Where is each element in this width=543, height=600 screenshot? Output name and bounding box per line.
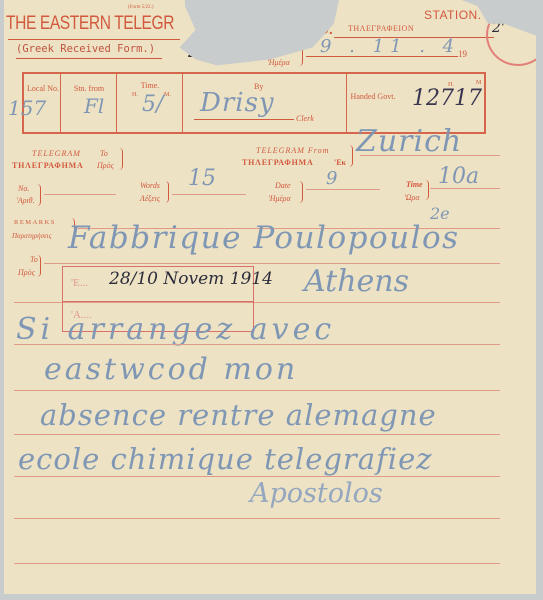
subtitle-underline bbox=[16, 58, 162, 59]
greek-station-title: ΤΗΛΕΓΡΑΦΕΙΟΝ bbox=[348, 24, 414, 33]
serial-number: 218 bbox=[187, 43, 214, 61]
clerk-value: Drisy bbox=[200, 88, 275, 118]
remarks-label-greek: Παρατηρήσεις bbox=[12, 232, 52, 240]
handed-time-value: 12717 bbox=[412, 86, 482, 111]
time-value-meta: 10a bbox=[438, 164, 479, 189]
time-h-label: H. bbox=[132, 92, 138, 98]
year-prefix: 19 bbox=[458, 49, 467, 59]
to-label-greek: Πρὸς bbox=[18, 268, 35, 277]
message-line-1: Si arrangez avec bbox=[16, 312, 335, 347]
telegram-to-pros: Πρὸς bbox=[97, 161, 114, 170]
message-line-3: absence rentre alemagne bbox=[40, 398, 437, 432]
company-title: THE EASTERN TELEGR bbox=[6, 13, 174, 35]
time-label-meta-greek: 'Ωρα bbox=[404, 193, 420, 202]
telegram-to-greek: ΤΗΛΕΓΡΑΦΗΜΑ bbox=[12, 161, 84, 170]
clerk-label: Clerk bbox=[296, 114, 314, 123]
telegram-from-ek: 'Εκ bbox=[334, 158, 346, 167]
stamp-mark: 2' bbox=[492, 20, 505, 36]
words-label: Words bbox=[140, 181, 160, 190]
recipient-city: Athens bbox=[304, 264, 409, 299]
date-label-greek: 'Ημέρα bbox=[267, 58, 290, 67]
remarks-label: REMARKS bbox=[14, 219, 56, 226]
time-m-label: M. bbox=[164, 92, 171, 98]
date-label-meta: Date bbox=[275, 181, 291, 190]
form-subtitle: (Greek Received Form.) bbox=[16, 43, 155, 55]
date-label-meta-greek: 'Ημέρα bbox=[268, 194, 291, 203]
words-value: 15 bbox=[188, 166, 216, 191]
recipient-name: Fabbrique Poulopoulos bbox=[68, 220, 460, 256]
time-label: Time. bbox=[120, 81, 180, 90]
handed-govt-label: Handed Govt. bbox=[350, 92, 396, 102]
telegram-from-label: TELEGRAM From bbox=[256, 146, 329, 155]
telegram-from-value: Zurich bbox=[356, 124, 462, 159]
words-label-greek: Λέξεις bbox=[140, 194, 160, 203]
date-label: Date bbox=[272, 47, 288, 56]
message-line-2: eastwcod mon bbox=[44, 352, 298, 387]
message-line-4: ecole chimique telegrafiez bbox=[18, 442, 433, 476]
delivery-stamp-label-top: 'Ε... bbox=[71, 277, 88, 289]
telegram-to-word: To bbox=[100, 149, 108, 158]
stn-from-label: Stn. from bbox=[64, 84, 114, 93]
form-reference: (Form 5/22.) bbox=[128, 5, 154, 10]
telegram-form: (Form 5/22.) THE EASTERN TELEGR O. ΤΗΛΕΓ… bbox=[4, 0, 536, 594]
date-value: 9 . 11 . 4 bbox=[320, 36, 460, 57]
station-label: STATION. bbox=[424, 8, 482, 22]
no-label-greek: 'Αριθ. bbox=[16, 196, 35, 205]
signature: Apostolos bbox=[250, 478, 383, 509]
time-value: 5/ bbox=[142, 92, 163, 117]
delivery-stamp-date: 28/10 Novem 1914 bbox=[109, 269, 273, 289]
no-label: No. bbox=[18, 184, 29, 193]
local-no-value: 157 bbox=[8, 96, 46, 120]
telegram-to-label: TELEGRAM bbox=[32, 149, 81, 158]
time-label-meta: Time bbox=[406, 180, 423, 189]
title-underline bbox=[8, 39, 180, 40]
date-value-meta: 9 bbox=[326, 168, 337, 189]
telegram-from-greek: ΤΗΛΕΓΡΑΦΗΜΑ bbox=[242, 158, 314, 167]
date-brace bbox=[298, 46, 303, 66]
local-no-label: Local No. bbox=[26, 84, 60, 93]
company-title-tail: O. bbox=[318, 21, 333, 37]
stn-from-value: Fl bbox=[84, 94, 104, 118]
